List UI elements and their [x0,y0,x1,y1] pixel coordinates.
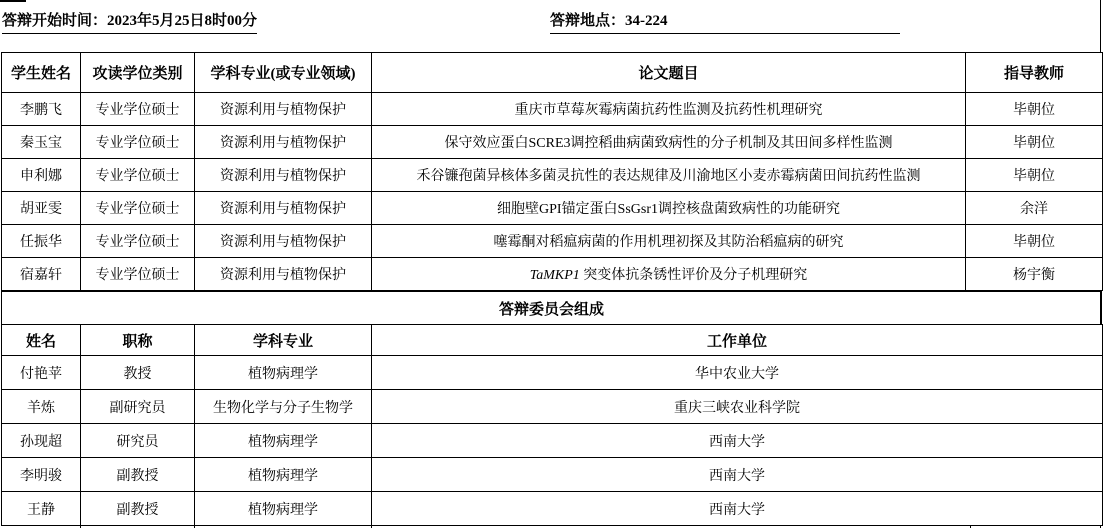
committee-table: 姓名 职称 学科专业 工作单位 付艳苹教授植物病理学华中农业大学羊炼副研究员生物… [1,324,1103,526]
col-header-member-major: 学科专业 [195,325,372,356]
col-header-member-title: 职称 [81,325,195,356]
student-name: 胡亚雯 [2,192,81,225]
degree-type: 专业学位硕士 [81,126,195,159]
committee-row: 王静副教授植物病理学西南大学 [2,492,1103,526]
member-name: 孙现超 [2,424,81,458]
thesis-title-gene-name: TaMKP1 [530,268,580,283]
work-unit: 西南大学 [372,424,1103,458]
member-major: 植物病理学 [195,492,372,526]
work-unit: 重庆三峡农业科学院 [372,390,1103,424]
defense-start-time: 答辩开始时间：2023年5月25日8时00分 [2,12,257,34]
student-name: 李鹏飞 [2,93,81,126]
advisor: 毕朝位 [966,93,1103,126]
committee-row: 付艳苹教授植物病理学华中农业大学 [2,356,1103,390]
thesis-title-text: 突变体抗条锈性评价及分子机理研究 [580,268,808,283]
thesis-title: 细胞壁GPI锚定蛋白SsGsr1调控核盘菌致病性的功能研究 [372,192,966,225]
students-tbody: 李鹏飞专业学位硕士资源利用与植物保护重庆市草莓灰霉病菌抗药性监测及抗药性机理研究… [2,93,1103,291]
student-row: 李鹏飞专业学位硕士资源利用与植物保护重庆市草莓灰霉病菌抗药性监测及抗药性机理研究… [2,93,1103,126]
degree-type: 专业学位硕士 [81,159,195,192]
member-name: 羊炼 [2,390,81,424]
committee-row: 孙现超研究员植物病理学西南大学 [2,424,1103,458]
col-header-member-name: 姓名 [2,325,81,356]
advisor: 余洋 [966,192,1103,225]
member-name: 李明骏 [2,458,81,492]
member-title: 副研究员 [81,390,195,424]
committee-section-title: 答辩委员会组成 [1,291,1102,325]
member-title: 副教授 [81,458,195,492]
student-row: 秦玉宝专业学位硕士资源利用与植物保护保守效应蛋白SCRE3调控稻曲病菌致病性的分… [2,126,1103,159]
degree-type: 专业学位硕士 [81,258,195,291]
member-major: 植物病理学 [195,458,372,492]
thesis-title: TaMKP1 突变体抗条锈性评价及分子机理研究 [372,258,966,291]
thesis-title: 重庆市草莓灰霉病菌抗药性监测及抗药性机理研究 [372,93,966,126]
student-row: 宿嘉轩专业学位硕士资源利用与植物保护TaMKP1 突变体抗条锈性评价及分子机理研… [2,258,1103,291]
major: 资源利用与植物保护 [195,258,372,291]
col-header-student-name: 学生姓名 [2,53,81,93]
major: 资源利用与植物保护 [195,225,372,258]
advisor: 毕朝位 [966,126,1103,159]
major: 资源利用与植物保护 [195,192,372,225]
col-header-thesis-title: 论文题目 [372,53,966,93]
degree-type: 专业学位硕士 [81,225,195,258]
defense-location: 答辩地点：34-224 [550,12,900,34]
advisor: 杨宇衡 [966,258,1103,291]
member-title: 副教授 [81,492,195,526]
committee-row: 羊炼副研究员生物化学与分子生物学重庆三峡农业科学院 [2,390,1103,424]
work-unit: 西南大学 [372,458,1103,492]
work-unit: 华中农业大学 [372,356,1103,390]
member-name: 王静 [2,492,81,526]
thesis-title: 禾谷镰孢菌异核体多菌灵抗性的表达规律及川渝地区小麦赤霉病菌田间抗药性监测 [372,159,966,192]
committee-header-row: 姓名 职称 学科专业 工作单位 [2,325,1103,356]
student-name: 秦玉宝 [2,126,81,159]
major: 资源利用与植物保护 [195,159,372,192]
student-name: 申利娜 [2,159,81,192]
committee-row: 李明骏副教授植物病理学西南大学 [2,458,1103,492]
member-title: 研究员 [81,424,195,458]
students-table: 学生姓名 攻读学位类别 学科专业(或专业领域) 论文题目 指导教师 李鹏飞专业学… [1,52,1103,291]
cutoff-artifact-top [0,0,26,2]
student-name: 任振华 [2,225,81,258]
advisor: 毕朝位 [966,159,1103,192]
committee-tbody: 付艳苹教授植物病理学华中农业大学羊炼副研究员生物化学与分子生物学重庆三峡农业科学… [2,356,1103,526]
thesis-title: 噻霉酮对稻瘟病菌的作用机理初探及其防治稻瘟病的研究 [372,225,966,258]
member-name: 付艳苹 [2,356,81,390]
col-header-degree-type: 攻读学位类别 [81,53,195,93]
major: 资源利用与植物保护 [195,126,372,159]
member-title: 教授 [81,356,195,390]
degree-type: 专业学位硕士 [81,93,195,126]
thesis-title: 保守效应蛋白SCRE3调控稻曲病菌致病性的分子机制及其田间多样性监测 [372,126,966,159]
member-major: 植物病理学 [195,424,372,458]
advisor: 毕朝位 [966,225,1103,258]
students-header-row: 学生姓名 攻读学位类别 学科专业(或专业领域) 论文题目 指导教师 [2,53,1103,93]
student-row: 申利娜专业学位硕士资源利用与植物保护禾谷镰孢菌异核体多菌灵抗性的表达规律及川渝地… [2,159,1103,192]
student-name: 宿嘉轩 [2,258,81,291]
col-header-advisor: 指导教师 [966,53,1103,93]
col-header-work-unit: 工作单位 [372,325,1103,356]
student-row: 胡亚雯专业学位硕士资源利用与植物保护细胞壁GPI锚定蛋白SsGsr1调控核盘菌致… [2,192,1103,225]
col-header-major: 学科专业(或专业领域) [195,53,372,93]
major: 资源利用与植物保护 [195,93,372,126]
member-major: 生物化学与分子生物学 [195,390,372,424]
student-row: 任振华专业学位硕士资源利用与植物保护噻霉酮对稻瘟病菌的作用机理初探及其防治稻瘟病… [2,225,1103,258]
degree-type: 专业学位硕士 [81,192,195,225]
work-unit: 西南大学 [372,492,1103,526]
member-major: 植物病理学 [195,356,372,390]
